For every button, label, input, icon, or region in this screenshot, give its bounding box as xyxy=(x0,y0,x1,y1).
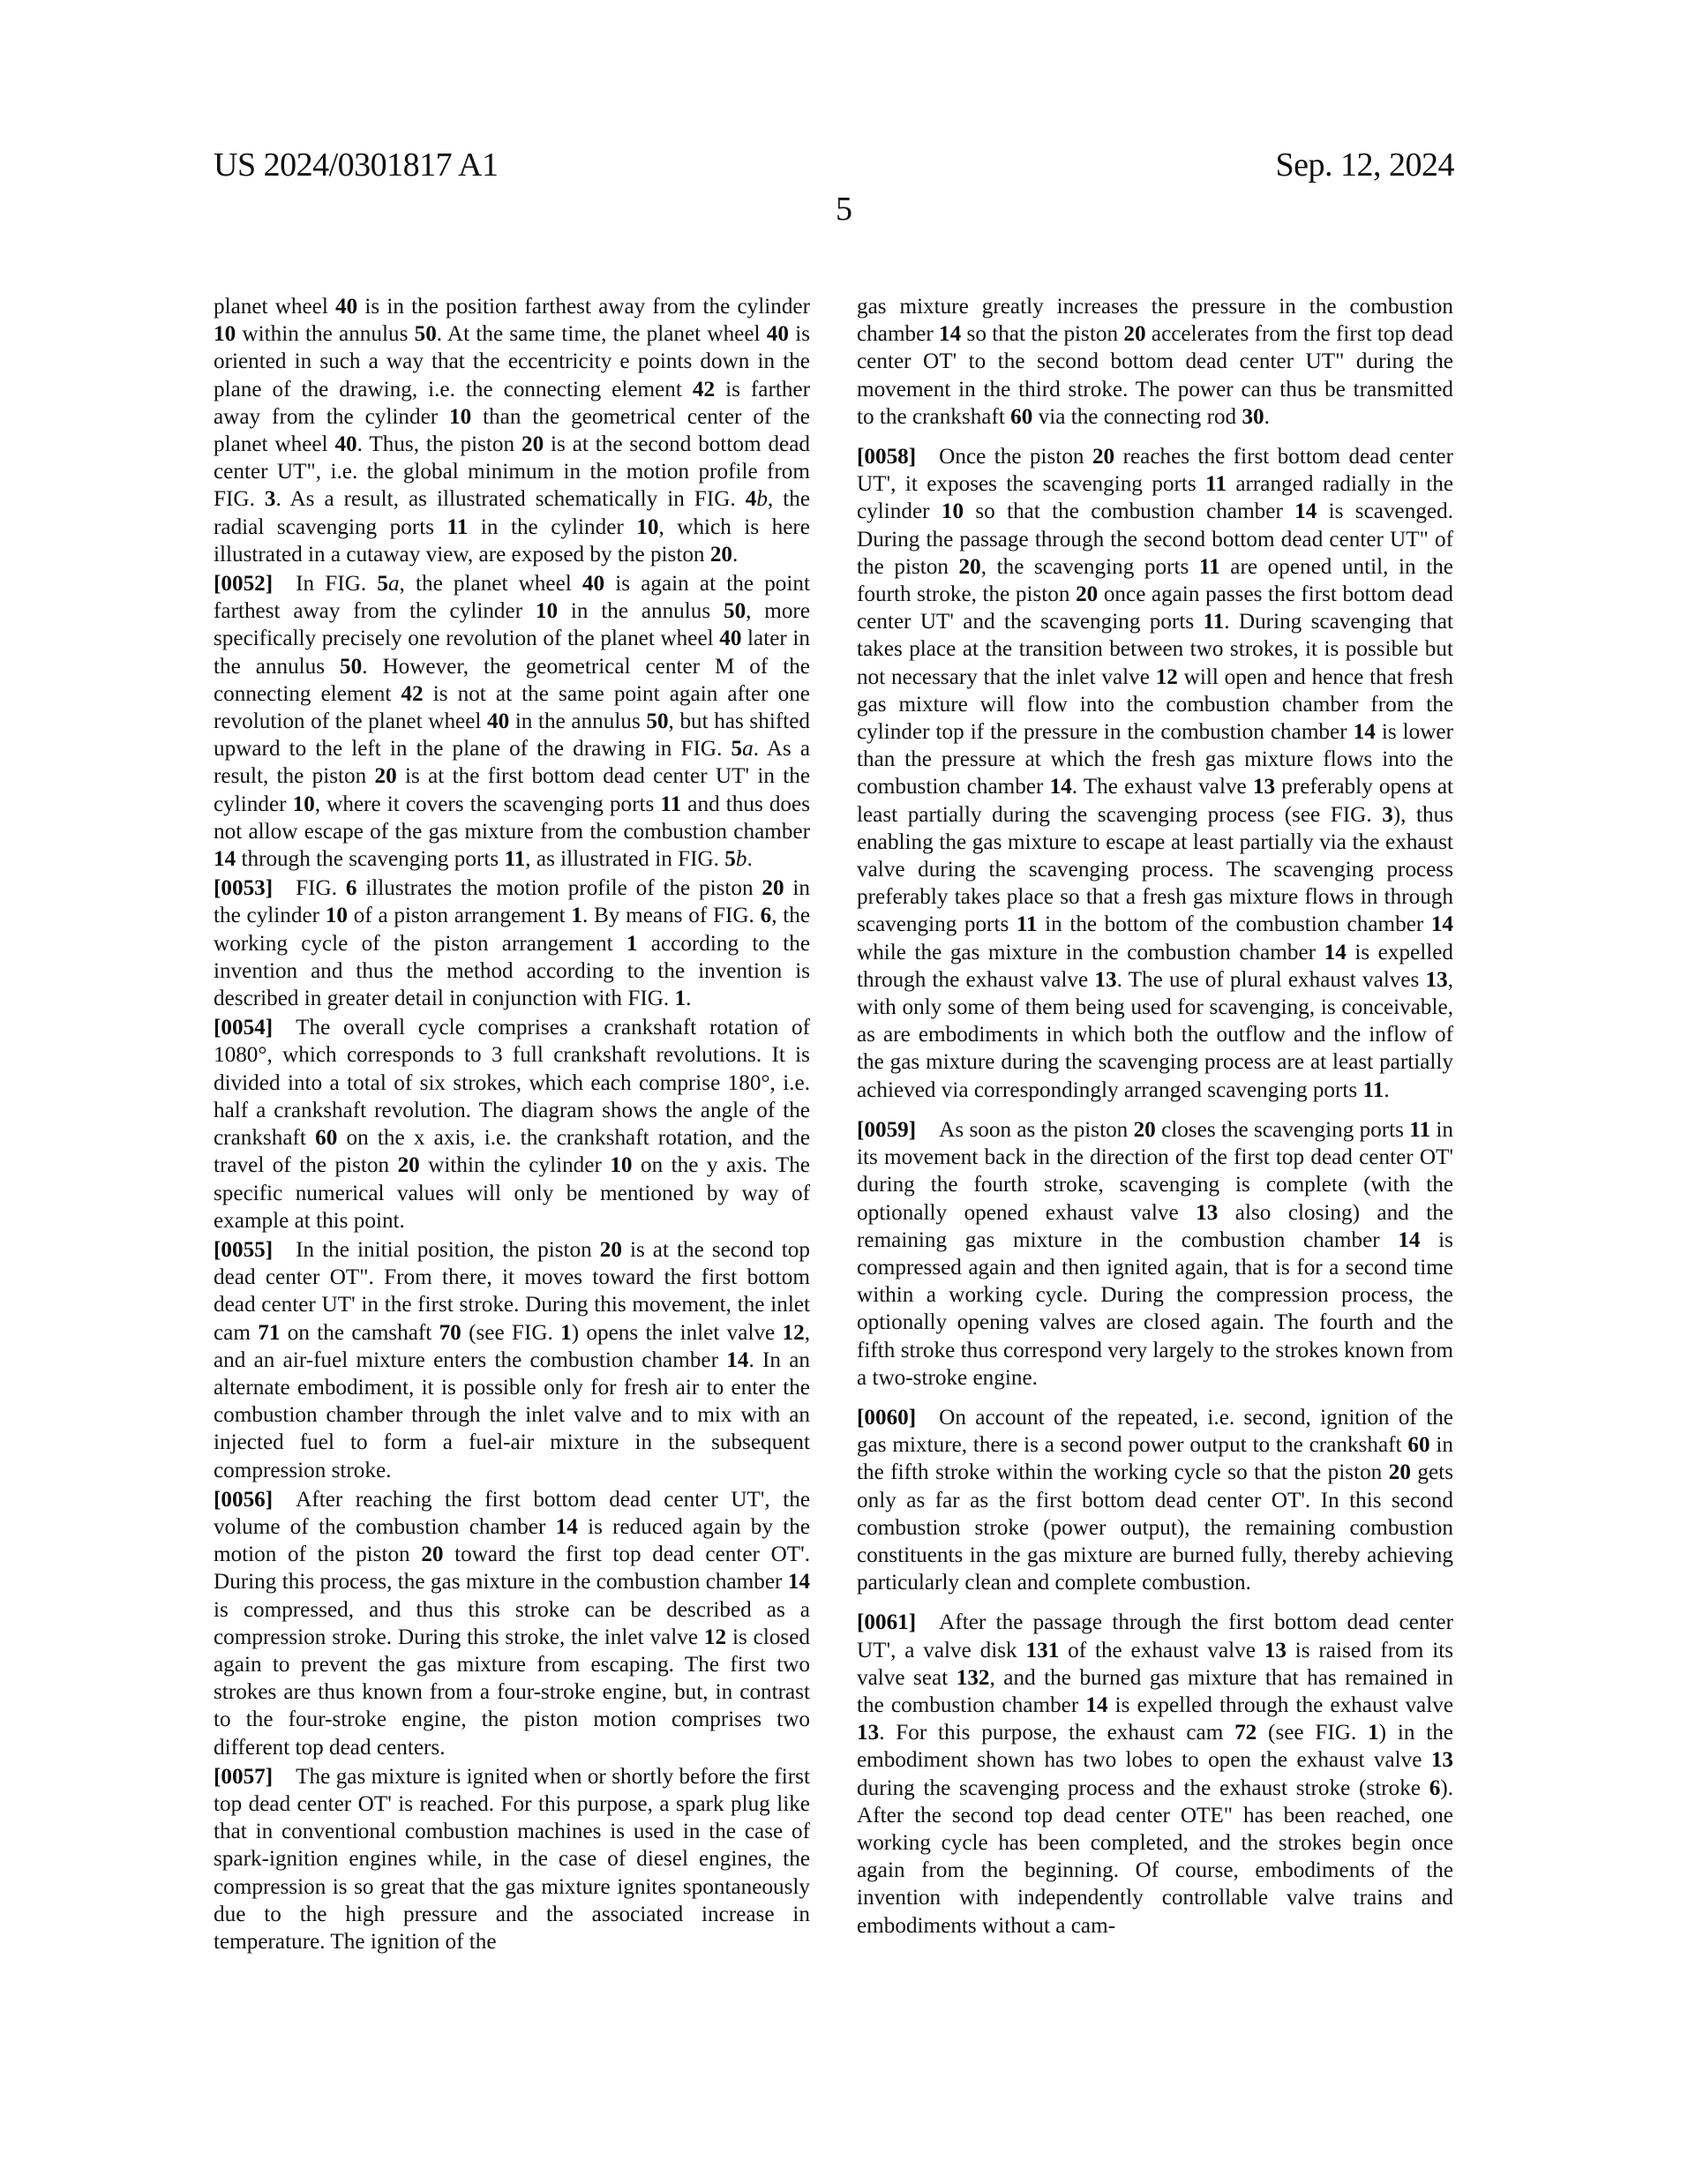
paragraph: [0060]On account of the repeated, i.e. s… xyxy=(857,1404,1453,1596)
reference-numeral: 11 xyxy=(1199,555,1220,579)
reference-numeral: 5 xyxy=(377,572,388,596)
reference-numeral: 60 xyxy=(1407,1433,1429,1457)
reference-numeral: 20 xyxy=(959,555,981,579)
reference-numeral: 10 xyxy=(536,599,558,623)
reference-numeral: 14 xyxy=(556,1515,578,1539)
reference-numeral: 40 xyxy=(719,627,741,650)
reference-numeral: 13 xyxy=(1431,1748,1453,1772)
reference-numeral: 12 xyxy=(704,1625,726,1649)
reference-numeral: 11 xyxy=(1203,610,1224,634)
reference-numeral: 11 xyxy=(1205,472,1227,496)
paragraph-number: [0061] xyxy=(857,1610,916,1634)
paragraph-number: [0054] xyxy=(214,1016,273,1039)
paragraph-number: [0057] xyxy=(214,1765,273,1789)
paragraph: [0055]In the initial position, the pisto… xyxy=(214,1236,810,1484)
paragraph-number: [0058] xyxy=(857,445,916,469)
reference-numeral: 20 xyxy=(600,1238,622,1262)
reference-numeral: 13 xyxy=(1094,968,1116,992)
reference-numeral: 3 xyxy=(1382,803,1393,827)
reference-numeral: 3 xyxy=(265,487,276,511)
reference-numeral: 20 xyxy=(1092,445,1114,469)
paragraph: [0052]In FIG. 5a, the planet wheel 40 is… xyxy=(214,570,810,873)
reference-numeral: 14 xyxy=(788,1570,810,1594)
reference-numeral: 14 xyxy=(1398,1228,1420,1252)
reference-numeral: 72 xyxy=(1234,1721,1257,1745)
reference-numeral: 1 xyxy=(626,932,638,956)
left-column: planet wheel 40 is in the position farth… xyxy=(214,293,810,1957)
reference-numeral: 14 xyxy=(726,1348,748,1372)
reference-numeral: 20 xyxy=(398,1153,420,1177)
reference-numeral: 5 xyxy=(724,847,736,871)
reference-numeral: 6 xyxy=(346,876,357,900)
reference-numeral: 40 xyxy=(487,709,509,733)
reference-numeral: 14 xyxy=(1050,775,1072,799)
reference-numeral: 11 xyxy=(1363,1078,1384,1102)
reference-numeral: 11 xyxy=(504,847,525,871)
reference-numeral: 20 xyxy=(1134,1118,1156,1142)
reference-numeral: 20 xyxy=(521,432,544,456)
paragraph-number: [0059] xyxy=(857,1118,916,1142)
reference-numeral: 50 xyxy=(646,709,668,733)
reference-numeral: 13 xyxy=(1253,775,1275,799)
reference-numeral: 42 xyxy=(401,682,423,706)
reference-numeral: 50 xyxy=(415,322,437,346)
paragraph-number: [0052] xyxy=(214,572,273,596)
reference-numeral: 71 xyxy=(258,1321,280,1345)
reference-numeral: 40 xyxy=(767,322,789,346)
reference-numeral: 20 xyxy=(761,876,784,900)
reference-numeral: 5 xyxy=(731,737,743,761)
reference-numeral: 11 xyxy=(1409,1118,1430,1142)
paragraph: gas mixture greatly increases the pressu… xyxy=(857,293,1453,431)
reference-numeral: 6 xyxy=(1429,1776,1441,1800)
reference-numeral: 50 xyxy=(340,655,362,679)
reference-numeral: 20 xyxy=(375,764,397,788)
paragraph: [0059]As soon as the piston 20 closes th… xyxy=(857,1116,1453,1392)
figure-suffix: a xyxy=(742,737,754,761)
publication-date: Sep. 12, 2024 xyxy=(1276,146,1455,184)
reference-numeral: 1 xyxy=(1368,1721,1379,1745)
reference-numeral: 40 xyxy=(582,572,604,596)
reference-numeral: 11 xyxy=(447,515,469,539)
paragraph: planet wheel 40 is in the position farth… xyxy=(214,293,810,568)
paragraph: [0061]After the passage through the firs… xyxy=(857,1609,1453,1939)
reference-numeral: 20 xyxy=(1076,582,1098,606)
paragraph: [0053]FIG. 6 illustrates the motion prof… xyxy=(214,874,810,1012)
reference-numeral: 14 xyxy=(214,847,236,871)
paragraph-number: [0056] xyxy=(214,1488,273,1512)
reference-numeral: 60 xyxy=(315,1126,337,1150)
reference-numeral: 10 xyxy=(214,322,236,346)
reference-numeral: 70 xyxy=(439,1321,461,1345)
reference-numeral: 13 xyxy=(1264,1639,1287,1662)
page-number: 5 xyxy=(0,190,1688,229)
reference-numeral: 20 xyxy=(710,543,732,567)
reference-numeral: 20 xyxy=(1389,1460,1411,1484)
reference-numeral: 50 xyxy=(724,599,746,623)
reference-numeral: 6 xyxy=(761,904,772,927)
reference-numeral: 40 xyxy=(334,432,356,456)
right-column: gas mixture greatly increases the pressu… xyxy=(857,293,1453,1952)
publication-number: US 2024/0301817 A1 xyxy=(214,146,498,184)
reference-numeral: 12 xyxy=(783,1321,805,1345)
figure-suffix: b xyxy=(756,487,768,511)
reference-numeral: 40 xyxy=(335,295,357,319)
reference-numeral: 13 xyxy=(1196,1201,1218,1225)
reference-numeral: 60 xyxy=(1010,405,1032,429)
reference-numeral: 1 xyxy=(675,987,686,1010)
reference-numeral: 12 xyxy=(1156,665,1178,689)
reference-numeral: 11 xyxy=(660,792,681,816)
reference-numeral: 14 xyxy=(1354,720,1376,744)
reference-numeral: 11 xyxy=(1017,912,1038,936)
reference-numeral: 10 xyxy=(293,792,315,816)
reference-numeral: 20 xyxy=(421,1542,443,1566)
paragraph: [0056]After reaching the first bottom de… xyxy=(214,1486,810,1761)
reference-numeral: 42 xyxy=(693,378,715,402)
paragraph-number: [0053] xyxy=(214,876,273,900)
reference-numeral: 4 xyxy=(746,487,757,511)
paragraph: [0058]Once the piston 20 reaches the fir… xyxy=(857,443,1453,1104)
reference-numeral: 14 xyxy=(1324,941,1347,964)
figure-suffix: b xyxy=(736,847,747,871)
paragraph: [0057]The gas mixture is ignited when or… xyxy=(214,1763,810,1955)
paragraph: [0054]The overall cycle comprises a cran… xyxy=(214,1014,810,1235)
reference-numeral: 14 xyxy=(1431,912,1453,936)
reference-numeral: 30 xyxy=(1242,405,1264,429)
reference-numeral: 14 xyxy=(1294,499,1317,523)
reference-numeral: 10 xyxy=(610,1153,632,1177)
reference-numeral: 1 xyxy=(560,1321,572,1345)
reference-numeral: 14 xyxy=(939,322,961,346)
reference-numeral: 20 xyxy=(1123,322,1145,346)
reference-numeral: 1 xyxy=(571,904,582,927)
reference-numeral: 13 xyxy=(1426,968,1448,992)
reference-numeral: 10 xyxy=(636,515,658,539)
reference-numeral: 10 xyxy=(326,904,348,927)
reference-numeral: 10 xyxy=(449,405,471,429)
reference-numeral: 14 xyxy=(1085,1693,1107,1717)
paragraph-number: [0055] xyxy=(214,1238,273,1262)
paragraph-number: [0060] xyxy=(857,1406,916,1430)
reference-numeral: 132 xyxy=(957,1666,990,1690)
figure-suffix: a xyxy=(388,572,400,596)
reference-numeral: 13 xyxy=(857,1721,879,1745)
reference-numeral: 10 xyxy=(942,499,964,523)
reference-numeral: 131 xyxy=(1026,1639,1060,1662)
